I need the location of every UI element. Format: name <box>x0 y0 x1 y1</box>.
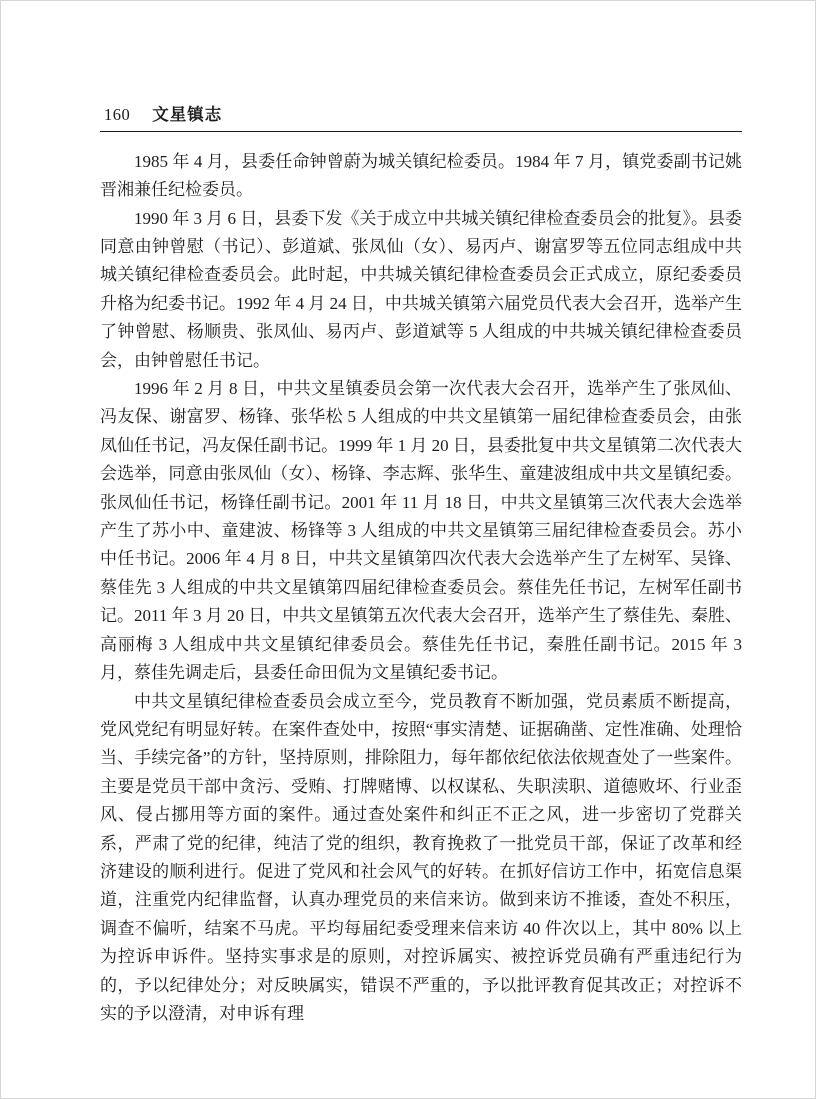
book-title: 文星镇志 <box>152 105 222 125</box>
paragraph-wenxing-congresses: 1996 年 2 月 8 日，中共文星镇委员会第一次代表大会召开，选举产生了张凤… <box>100 375 742 687</box>
page-number: 160 <box>104 105 130 125</box>
page-body: 1985 年 4 月，县委任命钟曾蔚为城关镇纪检委员。1984 年 7 月，镇党… <box>100 148 742 1029</box>
document-page: 160 文星镇志 1985 年 4 月，县委任命钟曾蔚为城关镇纪检委员。1984… <box>100 105 742 1028</box>
paragraph-commission-work-summary: 中共文星镇纪律检查委员会成立至今，党员教育不断加强，党员素质不断提高，党风党纪有… <box>100 688 742 1029</box>
paragraph-1985-appointments: 1985 年 4 月，县委任命钟曾蔚为城关镇纪检委员。1984 年 7 月，镇党… <box>100 148 742 205</box>
book-page: { "header": { "page_number": "160", "boo… <box>0 0 816 1099</box>
page-header: 160 文星镇志 <box>100 105 742 132</box>
paragraph-chengguan-commission: 1990 年 3 月 6 日，县委下发《关于成立中共城关镇纪律检查委员会的批复》… <box>100 205 742 375</box>
